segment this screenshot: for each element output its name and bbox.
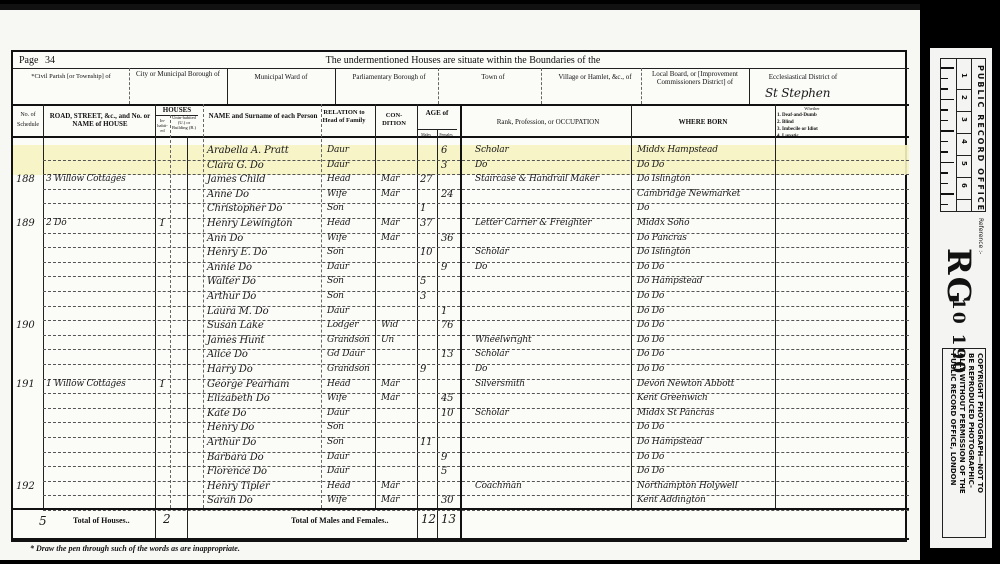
person-name: James Child	[207, 174, 265, 185]
occupation: Scholar	[475, 247, 509, 257]
female-age: 6	[441, 145, 447, 156]
birthplace: Do Hampstead	[637, 276, 702, 286]
copyright-text: COPYRIGHT PHOTOGRAPH—NOT TO BE REPRODUCE…	[948, 353, 984, 494]
condition: Mar	[381, 393, 399, 403]
road-address: 1 Willow Cottages	[46, 379, 126, 389]
district-civil-parish: *Civil Parish [or Township] of	[15, 73, 127, 81]
ruler-tick	[941, 172, 948, 174]
copyright-line: COPYRIGHT PHOTOGRAPH—NOT TO	[975, 353, 984, 494]
relation: Son	[327, 437, 344, 447]
ruler-number: 2	[960, 95, 968, 100]
col-where-born: WHERE BORN	[635, 118, 771, 126]
ruler-tick	[941, 78, 948, 80]
divider	[956, 59, 957, 211]
birthplace: Northampton Holywell	[637, 481, 737, 491]
footnote: * Draw the pen through such of the words…	[30, 544, 240, 553]
page-number: 34	[45, 55, 55, 66]
relation: Son	[327, 247, 344, 257]
form-title: The undermentioned Houses are situate wi…	[253, 55, 673, 66]
district-parliamentary-borough: Parliamentary Borough of	[339, 73, 439, 81]
birthplace: Kent Greenwich	[637, 393, 708, 403]
total-houses-label: Total of Houses..	[73, 516, 130, 525]
occupation: Scholar	[475, 349, 509, 359]
copyright-line: PUBLIC RECORD OFFICE, LONDON	[948, 353, 957, 494]
female-age: 1	[441, 306, 447, 317]
birthplace: Do Do	[637, 291, 664, 301]
ruler-number: 5	[960, 161, 968, 166]
female-age: 30	[441, 495, 453, 506]
occupation: Do	[475, 160, 487, 170]
person-name: Laura M. Do	[207, 306, 268, 317]
relation: Daur	[327, 452, 349, 462]
relation: Wife	[327, 495, 347, 505]
female-age: 9	[441, 452, 447, 463]
person-name: Walter Do	[207, 276, 256, 287]
person-name: Henry Do	[207, 422, 254, 433]
table-row: Elizabeth DoWifeMar45Kent Greenwich	[13, 393, 909, 408]
divider	[956, 89, 971, 90]
inhabited-count: 1	[159, 218, 165, 229]
relation: Daur	[327, 306, 349, 316]
inhabited-count: 1	[159, 379, 165, 390]
relation: Daur	[327, 466, 349, 476]
table-row: Kate DoDaur10ScholarMiddx St Pancras	[13, 408, 909, 423]
district-ecclesiastical: Ecclesiastical District of	[753, 73, 853, 81]
birthplace: Do	[637, 203, 649, 213]
ruler-tick	[941, 99, 954, 101]
female-age: 36	[441, 233, 453, 244]
person-name: Arthur Do	[207, 291, 256, 302]
divider	[956, 133, 971, 134]
col-uninhabited: Unin-habited (U.) or Building (B.)	[170, 115, 198, 130]
table-row: Christopher DoSon1Do	[13, 203, 909, 218]
condition: Mar	[381, 233, 399, 243]
divider	[971, 59, 972, 211]
occupation: Do	[475, 262, 487, 272]
whether-deaf-dumb: 1. Deaf-and-Dumb	[777, 112, 847, 119]
col-whether: Whether 1. Deaf-and-Dumb 2. Blind 3. Imb…	[777, 105, 847, 140]
occupation: Scholar	[475, 408, 509, 418]
divider	[227, 68, 228, 104]
table-row: Walter DoSon5Do Hampstead	[13, 276, 909, 291]
district-local-board: Local Board, or [Improvement Commissione…	[645, 70, 745, 86]
relation: Son	[327, 291, 344, 301]
birthplace: Do Hampstead	[637, 437, 702, 447]
scan-edge	[0, 4, 920, 10]
person-name: Harry Do	[207, 364, 253, 375]
ruler-tick	[941, 130, 954, 132]
relation: Daur	[327, 408, 349, 418]
ruler-tick	[941, 183, 948, 185]
table-row: Henry DoSonDo Do	[13, 422, 909, 437]
divider	[129, 68, 130, 104]
female-age: 9	[441, 262, 447, 273]
census-sheet: Page 34 The undermentioned Houses are si…	[0, 4, 920, 560]
table-row: Clara G. DoDaur3DoDo Do	[13, 160, 909, 175]
ruler-tick	[941, 109, 948, 111]
table-row: 1892 Do1Henry LewingtonHeadMar37Letter C…	[13, 218, 909, 233]
relation: Wife	[327, 233, 347, 243]
relation: Grandson	[327, 335, 370, 345]
col-age: AGE of	[417, 109, 457, 117]
schedule-number: 192	[16, 481, 35, 492]
condition: Wid	[381, 320, 398, 330]
male-age: 37	[420, 218, 432, 229]
ruler-tick	[941, 193, 954, 195]
person-name: George Pearham	[207, 379, 289, 390]
office-name: PUBLIC RECORD OFFICE	[976, 65, 985, 212]
female-age: 10	[441, 408, 453, 419]
ruler-tick	[941, 141, 948, 143]
district-city: City or Municipal Borough of	[133, 70, 223, 78]
birthplace: Kent Addington	[637, 495, 706, 505]
relation: Son	[327, 203, 344, 213]
col-schedule: No. of Schedule	[15, 110, 41, 130]
birthplace: Do Islington	[637, 174, 690, 184]
scale-ruler: PUBLIC RECORD OFFICE 123456	[940, 58, 986, 212]
birthplace: Do Do	[637, 349, 664, 359]
col-inhabited: In-habit-ed	[156, 118, 169, 133]
condition: Mar	[381, 189, 399, 199]
male-age: 5	[420, 276, 426, 287]
birthplace: Do Do	[637, 364, 664, 374]
person-name: Elizabeth Do	[207, 393, 270, 404]
birthplace: Do Do	[637, 335, 664, 345]
condition: Un	[381, 335, 394, 345]
birthplace: Cambridge Newmarket	[637, 189, 740, 199]
person-name: Anne Do	[207, 189, 249, 200]
table-row: Anne DoWifeMar24Cambridge Newmarket	[13, 189, 909, 204]
district-village: Village or Hamlet, &c., of	[545, 73, 645, 81]
person-name: Henry E. Do	[207, 247, 267, 258]
ruler-tick	[941, 120, 948, 122]
col-name: NAME and Surname of each Person	[208, 112, 318, 120]
whether-title: Whether	[777, 105, 847, 112]
person-name: Henry Tipler	[207, 481, 269, 492]
occupation: Scholar	[475, 145, 509, 155]
person-name: Clara G. Do	[207, 160, 264, 171]
person-name: Barbara Do	[207, 452, 263, 463]
birthplace: Do Do	[637, 452, 664, 462]
relation: Lodger	[327, 320, 358, 330]
district-municipal-ward: Municipal Ward of	[231, 73, 331, 81]
condition: Mar	[381, 218, 399, 228]
male-age: 3	[420, 291, 426, 302]
copyright-notice: COPYRIGHT PHOTOGRAPH—NOT TO BE REPRODUCE…	[942, 348, 986, 538]
relation: Daur	[327, 145, 349, 155]
col-condition: CON-DITION	[375, 112, 413, 128]
table-row: Florence DoDaur5Do Do	[13, 466, 909, 481]
female-age: 45	[441, 393, 453, 404]
divider	[956, 155, 971, 156]
person-name: Arabella A. Pratt	[207, 145, 289, 156]
birthplace: Do Do	[637, 466, 664, 476]
table-row: 192Henry TiplerHeadMarCoachmanNorthampto…	[13, 481, 909, 496]
person-name: Arthur Do	[207, 437, 256, 448]
schedule-number: 190	[16, 320, 35, 331]
birthplace: Do Do	[637, 160, 664, 170]
divider	[956, 199, 971, 200]
table-row: Harry DoGrandson9DoDo Do	[13, 364, 909, 379]
ecclesiastical-district-value: St Stephen	[765, 86, 830, 100]
birthplace: Devon Newton Abbott	[637, 379, 734, 389]
divider	[541, 68, 542, 104]
divider	[13, 538, 909, 540]
reference-card: PUBLIC RECORD OFFICE 123456 Reference :-…	[930, 48, 992, 548]
ruler-tick	[941, 162, 954, 164]
total-females: 13	[441, 512, 456, 526]
occupation: Silversmith	[475, 379, 525, 389]
birthplace: Do Do	[637, 306, 664, 316]
relation: Son	[327, 422, 344, 432]
col-occupation: Rank, Profession, or OCCUPATION	[463, 118, 633, 126]
relation: Head	[327, 481, 351, 491]
female-age: 76	[441, 320, 453, 331]
condition: Mar	[381, 481, 399, 491]
relation: Son	[327, 276, 344, 286]
ruler-tick	[941, 67, 954, 69]
relation: Head	[327, 218, 351, 228]
female-age: 5	[441, 466, 447, 477]
divider	[13, 508, 909, 510]
relation: Head	[327, 174, 351, 184]
divider	[749, 68, 750, 104]
person-name: Ann Do	[207, 233, 243, 244]
whether-imbecile: 3. Imbecile or Idiot	[777, 126, 847, 133]
col-relation: RELATION to Head of Family	[318, 109, 370, 125]
table-row: Arthur DoSon3Do Do	[13, 291, 909, 306]
relation: Wife	[327, 393, 347, 403]
male-age: 10	[420, 247, 432, 258]
road-address: 3 Willow Cottages	[46, 174, 126, 184]
ruler-tick	[941, 88, 948, 90]
ruler-number: 1	[960, 73, 968, 78]
col-houses: HOUSES	[156, 106, 198, 114]
birthplace: Do Pancras	[637, 233, 687, 243]
reference-label: Reference :-	[977, 218, 984, 254]
table-row: 1883 Willow CottagesJames ChildHeadMar27…	[13, 174, 909, 189]
person-name: Alice Do	[207, 349, 248, 360]
ruler-number: 6	[960, 183, 968, 188]
divider	[956, 177, 971, 178]
person-name: Annie Do	[207, 262, 252, 273]
occupation: Letter Carrier & Freighter	[475, 218, 591, 228]
table-row: 190Susan LakeLodgerWid76Do Do	[13, 320, 909, 335]
ruler-tick	[941, 151, 948, 153]
relation: Daur	[327, 160, 349, 170]
divider	[13, 68, 909, 69]
person-name: Kate Do	[207, 408, 246, 419]
birthplace: Do Do	[637, 262, 664, 272]
col-road: ROAD, STREET, &c., and No. or NAME of HO…	[46, 112, 154, 128]
table-row: James HuntGrandsonUnWheelwrightDo Do	[13, 335, 909, 350]
occupation: Coachman	[475, 481, 522, 491]
occupation: Staircase & Handrail Maker	[475, 174, 599, 184]
birthplace: Middx St Pancras	[637, 408, 714, 418]
copyright-line: BE REPRODUCED PHOTOGRAPHIC-	[966, 353, 975, 494]
divider	[641, 68, 642, 104]
occupation: Do	[475, 364, 487, 374]
condition: Mar	[381, 174, 399, 184]
table-row: Arabella A. PrattDaur6ScholarMiddx Hamps…	[13, 145, 909, 160]
road-address: 2 Do	[46, 218, 66, 228]
condition: Mar	[381, 495, 399, 505]
ruler-number: 4	[960, 139, 968, 144]
table-row: 1911 Willow Cottages1George PearhamHeadM…	[13, 379, 909, 394]
schedule-number: 191	[16, 379, 35, 390]
page-label-text: Page	[19, 55, 38, 66]
total-persons-label: Total of Males and Females..	[291, 516, 388, 525]
birthplace: Do Do	[637, 422, 664, 432]
person-name: Sarah Do	[207, 495, 253, 506]
total-males: 12	[421, 512, 436, 526]
relation: Wife	[327, 189, 347, 199]
female-age: 24	[441, 189, 453, 200]
male-age: 9	[420, 364, 426, 375]
person-name: Susan Lake	[207, 320, 264, 331]
copyright-line: ALLY WITHOUT PERMISSION OF THE	[957, 353, 966, 494]
schedule-number: 189	[16, 218, 35, 229]
male-age: 27	[420, 174, 432, 185]
occupation: Wheelwright	[475, 335, 531, 345]
divider	[156, 115, 198, 116]
male-age: 11	[420, 437, 432, 448]
ruler-number: 3	[960, 117, 968, 122]
person-name: Christopher Do	[207, 203, 282, 214]
table-row: Henry E. DoSon10ScholarDo Islington	[13, 247, 909, 262]
birthplace: Do Do	[637, 320, 664, 330]
birthplace: Middx Hampstead	[637, 145, 718, 155]
table-row: Laura M. DoDaur1Do Do	[13, 306, 909, 321]
male-age: 1	[420, 203, 426, 214]
person-name: James Hunt	[207, 335, 264, 346]
page-label: Page 34	[19, 55, 55, 66]
divider	[438, 68, 439, 104]
relation: Daur	[327, 262, 349, 272]
condition: Mar	[381, 379, 399, 389]
whether-blind: 2. Blind	[777, 119, 847, 126]
female-age: 13	[441, 349, 453, 360]
schedule-number: 188	[16, 174, 35, 185]
ruler-tick	[941, 204, 948, 206]
person-name: Henry Lewington	[207, 218, 292, 229]
birthplace: Middx Soho	[637, 218, 689, 228]
census-form: Page 34 The undermentioned Houses are si…	[11, 50, 907, 542]
female-age: 3	[441, 160, 447, 171]
birthplace: Do Islington	[637, 247, 690, 257]
divider	[956, 111, 971, 112]
district-town: Town of	[443, 73, 543, 81]
person-name: Florence Do	[207, 466, 267, 477]
table-row: Barbara DoDaur9Do Do	[13, 452, 909, 467]
table-row: Ann DoWifeMar36Do Pancras	[13, 233, 909, 248]
table-row: Annie DoDaur9DoDo Do	[13, 262, 909, 277]
relation: Grandson	[327, 364, 370, 374]
table-row: Alice DoGd Daur13ScholarDo Do	[13, 349, 909, 364]
total-schedules: 5	[39, 514, 46, 528]
table-row: Arthur DoSon11Do Hampstead	[13, 437, 909, 452]
relation: Gd Daur	[327, 349, 364, 359]
row-divider	[43, 510, 909, 511]
relation: Head	[327, 379, 351, 389]
total-houses-value: 2	[163, 512, 170, 526]
divider	[335, 68, 336, 104]
